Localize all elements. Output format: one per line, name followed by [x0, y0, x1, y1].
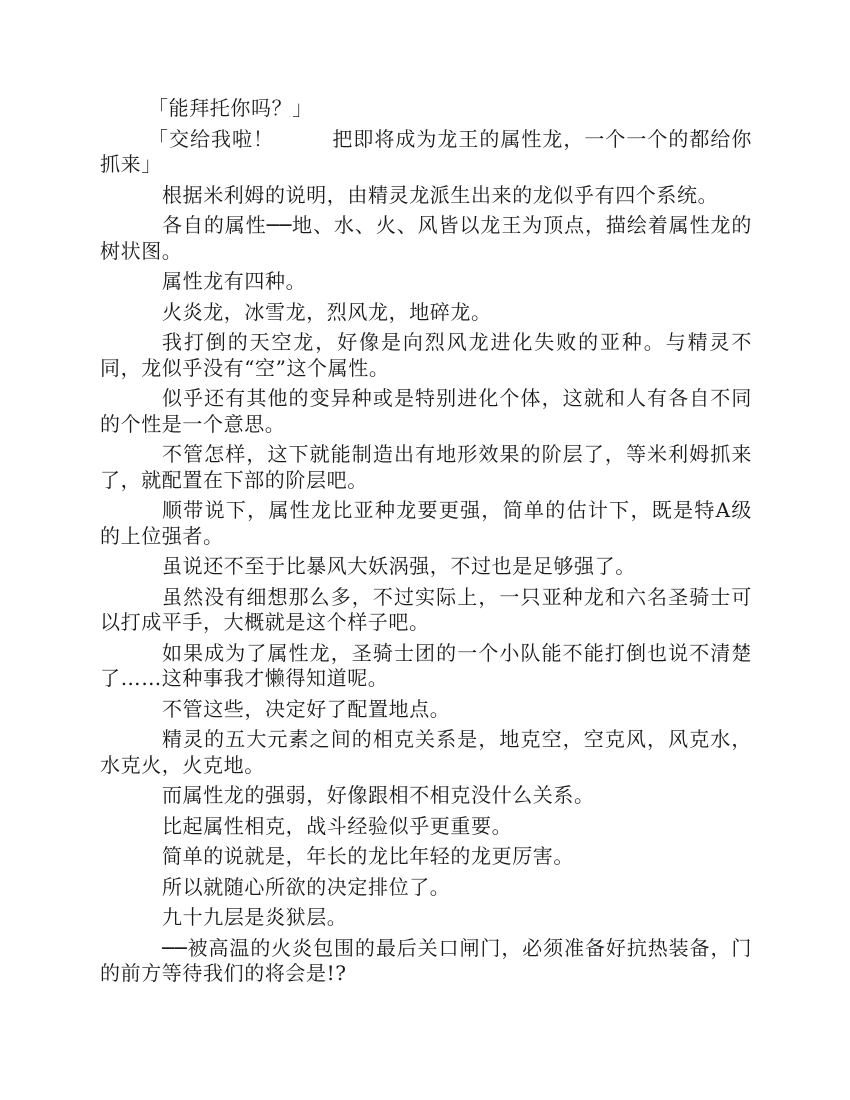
document-page: 「能拜托你吗？」 「交给我啦！把即将成为龙王的属性龙，一个一个的都给你抓来」 根…: [100, 96, 752, 992]
body-paragraph: 简单的说就是，年长的龙比年轻的龙更厉害。: [100, 844, 752, 870]
body-paragraph: 精灵的五大元素之间的相克关系是，地克空，空克风，风克水，水克火，火克地。: [100, 727, 752, 778]
body-paragraph: 不管怎样，这下就能制造出有地形效果的阶层了，等米利姆抓来了，就配置在下部的阶层吧…: [100, 442, 752, 493]
body-paragraph: 顺带说下，属性龙比亚种龙要更强，简单的估计下，既是特A级的上位强者。: [100, 498, 752, 549]
body-paragraph: 似乎还有其他的变异种或是特别进化个体，这就和人有各自不同的个性是一个意思。: [100, 386, 752, 437]
body-paragraph: 如果成为了属性龙，圣骑士团的一个小队能不能打倒也说不清楚了……这种事我才懒得知道…: [100, 641, 752, 692]
body-paragraph: 火炎龙，冰雪龙，烈风龙，地碎龙。: [100, 300, 752, 326]
dialogue-paragraph: 「能拜托你吗？」: [100, 96, 752, 122]
body-paragraph: 九十九层是炎狱层。: [100, 905, 752, 931]
body-paragraph: 比起属性相克，战斗经验似乎更重要。: [100, 814, 752, 840]
body-paragraph: 而属性龙的强弱，好像跟相不相克没什么关系。: [100, 783, 752, 809]
body-paragraph: 根据米利姆的说明，由精灵龙派生出来的龙似乎有四个系统。: [100, 183, 752, 209]
body-paragraph: 各自的属性──地、水、火、风皆以龙王为顶点，描绘着属性龙的树状图。: [100, 213, 752, 264]
body-paragraph: ──被高温的火炎包围的最后关口闸门，必须准备好抗热装备，门的前方等待我们的将会是…: [100, 936, 752, 987]
body-paragraph: 所以就随心所欲的决定排位了。: [100, 875, 752, 901]
body-paragraph: 虽说还不至于比暴风大妖涡强，不过也是足够强了。: [100, 554, 752, 580]
dialogue-paragraph: 「交给我啦！把即将成为龙王的属性龙，一个一个的都给你抓来」: [100, 127, 752, 178]
body-paragraph: 虽然没有细想那么多，不过实际上，一只亚种龙和六名圣骑士可以打成平手，大概就是这个…: [100, 585, 752, 636]
body-paragraph: 不管这些，决定好了配置地点。: [100, 697, 752, 723]
dialogue-text: 「交给我啦！: [148, 127, 274, 151]
body-paragraph: 我打倒的天空龙，好像是向烈风龙进化失败的亚种。与精灵不同，龙似乎没有“空”这个属…: [100, 330, 752, 381]
body-paragraph: 属性龙有四种。: [100, 269, 752, 295]
